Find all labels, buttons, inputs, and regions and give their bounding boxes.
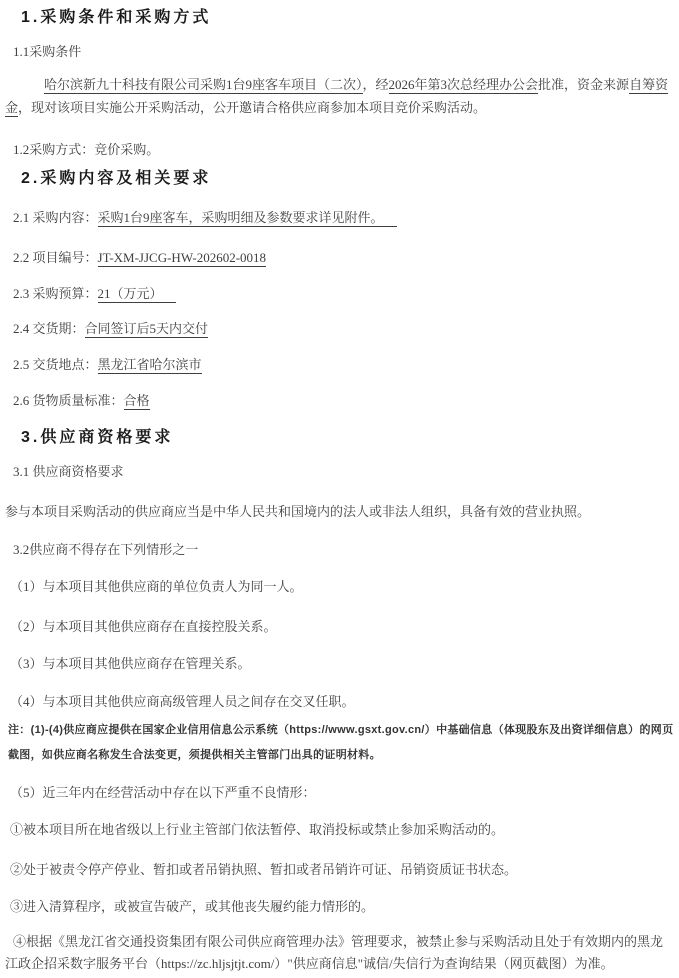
clause-2-3: 2.3 采购预算：21（万元）	[13, 282, 674, 305]
clause-2-4-label: 2.4 交货期：	[13, 321, 85, 336]
clause-1-2-label: 1.2采购方式：	[13, 142, 94, 157]
bad-situation-item-3: ③进入清算程序，或被宣告破产，或其他丧失履约能力情形的。	[10, 895, 674, 918]
qualification-paragraph: 参与本项目采购活动的供应商应当是中华人民共和国境内的法人或非法人组织，具备有效的…	[5, 500, 674, 523]
intro-text-1: ，经	[363, 77, 389, 92]
section-1-heading: 1.采购条件和采购方式	[21, 7, 674, 29]
condition-item-2: （2）与本项目其他供应商存在直接控股关系。	[10, 615, 674, 638]
intro-text-2: 批准，资金来源	[538, 77, 629, 92]
quality-standard-value: 合格	[124, 393, 150, 410]
condition-item-3: （3）与本项目其他供应商存在管理关系。	[10, 652, 674, 675]
project-name-underlined: 哈尔滨新九十科技有限公司采购1台9座客车项目（二次）	[44, 77, 363, 94]
bad-situation-item-4: ④根据《黑龙江省交通投资集团有限公司供应商管理办法》管理要求，被禁止参与采购活动…	[5, 931, 674, 975]
note-paragraph: 注：(1)-(4)供应商应提供在国家企业信用信息公示系统（https://www…	[8, 718, 674, 768]
project-number-value: JT-XM-JJCG-HW-202602-0018	[98, 250, 267, 267]
delivery-period-value: 合同签订后5天内交付	[85, 321, 209, 338]
clause-3-1: 3.1 供应商资格要求	[13, 460, 674, 483]
procurement-method-value: 竞价采购。	[94, 142, 159, 157]
intro-paragraph: 哈尔滨新九十科技有限公司采购1台9座客车项目（二次），经2026年第3次总经理办…	[5, 73, 674, 119]
clause-1-2: 1.2采购方式：竞价采购。	[13, 138, 674, 161]
section-2-heading: 2.采购内容及相关要求	[21, 168, 674, 190]
clause-2-4: 2.4 交货期：合同签订后5天内交付	[13, 317, 674, 340]
clause-2-5: 2.5 交货地点：黑龙江省哈尔滨市	[13, 353, 674, 376]
bad-situation-item-1: ①被本项目所在地省级以上行业主管部门依法暂停、取消投标或禁止参加采购活动的。	[10, 818, 674, 841]
clause-1-1: 1.1采购条件	[13, 40, 674, 63]
clause-2-2: 2.2 项目编号：JT-XM-JJCG-HW-202602-0018	[13, 246, 674, 269]
bad-situation-item-2: ②处于被责令停产停业、暂扣或者吊销执照、暂扣或者吊销许可证、吊销资质证书状态。	[10, 858, 674, 881]
clause-3-2: 3.2供应商不得存在下列情形之一	[13, 538, 674, 561]
clause-2-3-label: 2.3 采购预算：	[13, 286, 98, 301]
procurement-notice-document: 1.采购条件和采购方式 1.1采购条件 哈尔滨新九十科技有限公司采购1台9座客车…	[0, 0, 679, 975]
clause-2-6: 2.6 货物质量标准：合格	[13, 389, 674, 412]
clause-2-2-label: 2.2 项目编号：	[13, 250, 98, 265]
clause-2-1-label: 2.1 采购内容：	[13, 210, 98, 225]
condition-item-4: （4）与本项目其他供应商高级管理人员之间存在交叉任职。	[10, 690, 674, 713]
budget-value: 21（万元）	[98, 286, 176, 303]
clause-2-5-label: 2.5 交货地点：	[13, 357, 98, 372]
intro-text-3: ，现对该项目实施公开采购活动，公开邀请合格供应商参加本项目竞价采购活动。	[18, 100, 486, 115]
condition-item-5: （5）近三年内在经营活动中存在以下严重不良情形：	[10, 781, 674, 804]
clause-2-1: 2.1 采购内容：采购1台9座客车，采购明细及参数要求详见附件。	[13, 206, 674, 229]
section-3-heading: 3.供应商资格要求	[21, 427, 674, 449]
approval-meeting-underlined: 2026年第3次总经理办公会	[389, 77, 539, 94]
procurement-content-value: 采购1台9座客车，采购明细及参数要求详见附件。	[98, 210, 397, 227]
condition-item-1: （1）与本项目其他供应商的单位负责人为同一人。	[10, 575, 674, 598]
delivery-place-value: 黑龙江省哈尔滨市	[98, 357, 202, 374]
clause-2-6-label: 2.6 货物质量标准：	[13, 393, 124, 408]
